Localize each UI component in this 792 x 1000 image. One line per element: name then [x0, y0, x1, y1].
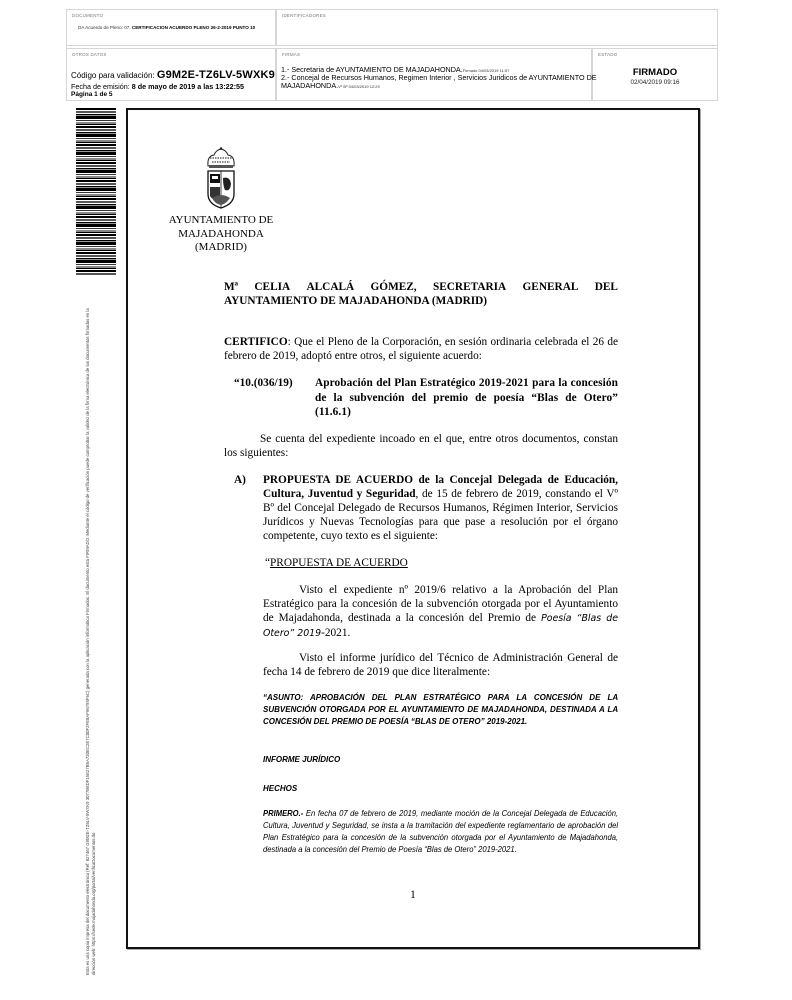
- asunto-paragraph: “ASUNTO: APROBACIÓN DEL PLAN ESTRATÉGICO…: [263, 691, 618, 727]
- agreement-number: “10.(036/19): [234, 376, 293, 390]
- organization-name: AYUNTAMIENTO DE MAJADAHONDA (MADRID): [156, 214, 286, 255]
- primero-paragraph: PRIMERO.- En fecha 07 de febrero de 2019…: [263, 807, 618, 855]
- hechos-heading: HECHOS: [263, 782, 297, 794]
- coat-of-arms-icon: [204, 146, 238, 211]
- identificadores-cell: IDENTIFICADORES: [276, 9, 718, 46]
- item-a-label: A): [234, 473, 246, 487]
- document-name: DA Acuerdo de Pleno: 07. CERTIFICACION A…: [78, 25, 268, 31]
- agreement-title: Aprobación del Plan Estratégico 2019-202…: [315, 376, 618, 420]
- status-date: 02/04/2019 09:16: [592, 79, 718, 86]
- validation-code-line: Código para validación: G9M2E-TZ6LV-5WXK…: [71, 69, 275, 81]
- documento-label: DOCUMENTO: [72, 13, 103, 18]
- page-number: 1: [128, 888, 698, 902]
- barcode: [76, 108, 116, 276]
- validation-code[interactable]: G9M2E-TZ6LV-5WXK9: [157, 69, 275, 81]
- status-badge: FIRMADO: [592, 67, 718, 78]
- visto-informe-paragraph: Visto el informe jurídico del Técnico de…: [263, 651, 618, 679]
- otros-datos-label: OTROS DATOS: [72, 52, 107, 57]
- propuesta-heading: “PROPUESTA DE ACUERDO: [265, 556, 408, 570]
- emission-date-line: Fecha de emisión: 8 de mayo de 2019 a la…: [71, 82, 244, 91]
- certificate-heading: Mª CELIA ALCALÁ GÓMEZ, SECRETARIA GENERA…: [224, 280, 618, 308]
- firmas-label: FIRMAS: [282, 52, 300, 57]
- signature-header: DOCUMENTO DA Acuerdo de Pleno: 07. CERTI…: [66, 9, 718, 101]
- visto-expediente-paragraph: Visto el expediente nº 2019/6 relativo a…: [263, 583, 618, 641]
- informe-juridico-heading: INFORME JURÍDICO: [263, 753, 340, 765]
- documento-cell: DOCUMENTO DA Acuerdo de Pleno: 07. CERTI…: [66, 9, 276, 46]
- identificadores-label: IDENTIFICADORES: [282, 13, 326, 18]
- page-count: Página 1 de 5: [71, 91, 113, 98]
- verification-side-text: Esta es una copia impresa del documento …: [85, 295, 96, 975]
- se-cuenta-paragraph: Se cuenta del expediente incoado en el q…: [224, 432, 618, 460]
- emission-date: 8 de mayo de 2019 a las 13:22:55: [132, 82, 244, 91]
- document-page: AYUNTAMIENTO DE MAJADAHONDA (MADRID) Mª …: [126, 108, 700, 949]
- estado-label: ESTADO: [598, 52, 617, 57]
- certifico-paragraph: CERTIFICO: Que el Pleno de la Corporació…: [224, 335, 618, 363]
- item-a-paragraph: PROPUESTA DE ACUERDO de la Concejal Dele…: [263, 473, 618, 543]
- firma-2-cont: MAJADAHONDA.Vº Bº 04/03/2019 12:29: [281, 82, 380, 92]
